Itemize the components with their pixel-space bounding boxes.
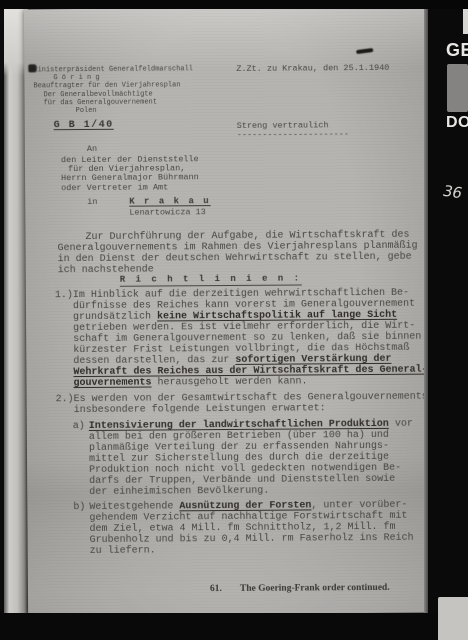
reference-number: G B 1/40 — [54, 120, 114, 131]
directive-item: b)Weitestgehende Ausnützung der Forsten,… — [73, 500, 422, 557]
item-marker: b) — [73, 502, 89, 557]
intro-paragraph: Zur Durchführung der Aufgabe, die Wirtsc… — [57, 230, 417, 277]
ink-blot — [28, 64, 36, 72]
spine-label-middle: DO — [446, 114, 468, 132]
typed-text-layer: Ministerpräsident GeneralfeldmarschallG … — [24, 7, 430, 616]
salutation: An — [87, 145, 97, 154]
letterhead: Ministerpräsident GeneralfeldmarschallG … — [33, 65, 193, 115]
body-text-segment: gouvernements — [73, 378, 151, 390]
body-text-segment: vor — [389, 419, 413, 430]
item-marker: 1.) — [55, 290, 74, 389]
photo-frame: Ministerpräsident GeneralfeldmarschallG … — [0, 0, 468, 640]
directives-list: 1.)Im Hinblick auf die derzeitigen wehrw… — [55, 288, 423, 562]
address-street: Lenartowicza 13 — [129, 208, 206, 218]
directive-item: 2.)Es werden von der Gesamtwirtschaft de… — [56, 392, 422, 417]
deputy-line: oder Vertreter im Amt — [61, 183, 168, 193]
body-text-segment: zu liefern. — [90, 546, 156, 557]
body-text-segment: Grubenholz und bis zu 0,4 Mill. rm Faser… — [90, 533, 414, 546]
body-text-segment: Weitestgehende — [89, 501, 179, 513]
address-in: in — [87, 198, 97, 207]
body-text-segment: der einheimischen Bevölkerung. — [89, 486, 269, 498]
frame-bottom-bar — [0, 613, 468, 640]
directives-heading: R i c h t l i n i e n : — [120, 273, 302, 286]
body-text-segment: herausgeholt werden kann. — [151, 376, 307, 388]
confidential-underline: ---------------------- — [237, 129, 349, 140]
bottom-right-patch — [438, 597, 468, 640]
caption-text: The Goering-Frank order continued. — [240, 583, 390, 594]
caption-number: 61. — [210, 584, 222, 594]
document-page: Ministerpräsident GeneralfeldmarschallG … — [24, 7, 430, 616]
item-marker: 2.) — [56, 394, 74, 416]
body-text-segment: insbesondere folgende Leistungen erwarte… — [74, 403, 326, 416]
body-text-segment: grundsätzlich — [73, 311, 157, 323]
dateline: Z.Zt. zu Krakau, den 25.1.1940 — [236, 64, 389, 74]
spine-light-patch — [447, 64, 468, 112]
item-marker: a) — [73, 421, 90, 498]
directive-item: 1.)Im Hinblick auf die derzeitigen wehrw… — [55, 288, 422, 390]
address-block: den Leiter der Dienststellefür den Vierj… — [61, 155, 199, 184]
body-text-segment: , unter vorüber- — [311, 500, 407, 512]
directive-item: a)Intensivierung der landwirtschaftliche… — [73, 419, 423, 498]
spine-label-top: GE — [446, 40, 468, 61]
address-city: K r a k a u — [129, 196, 210, 207]
frame-top-bar — [0, 0, 468, 9]
